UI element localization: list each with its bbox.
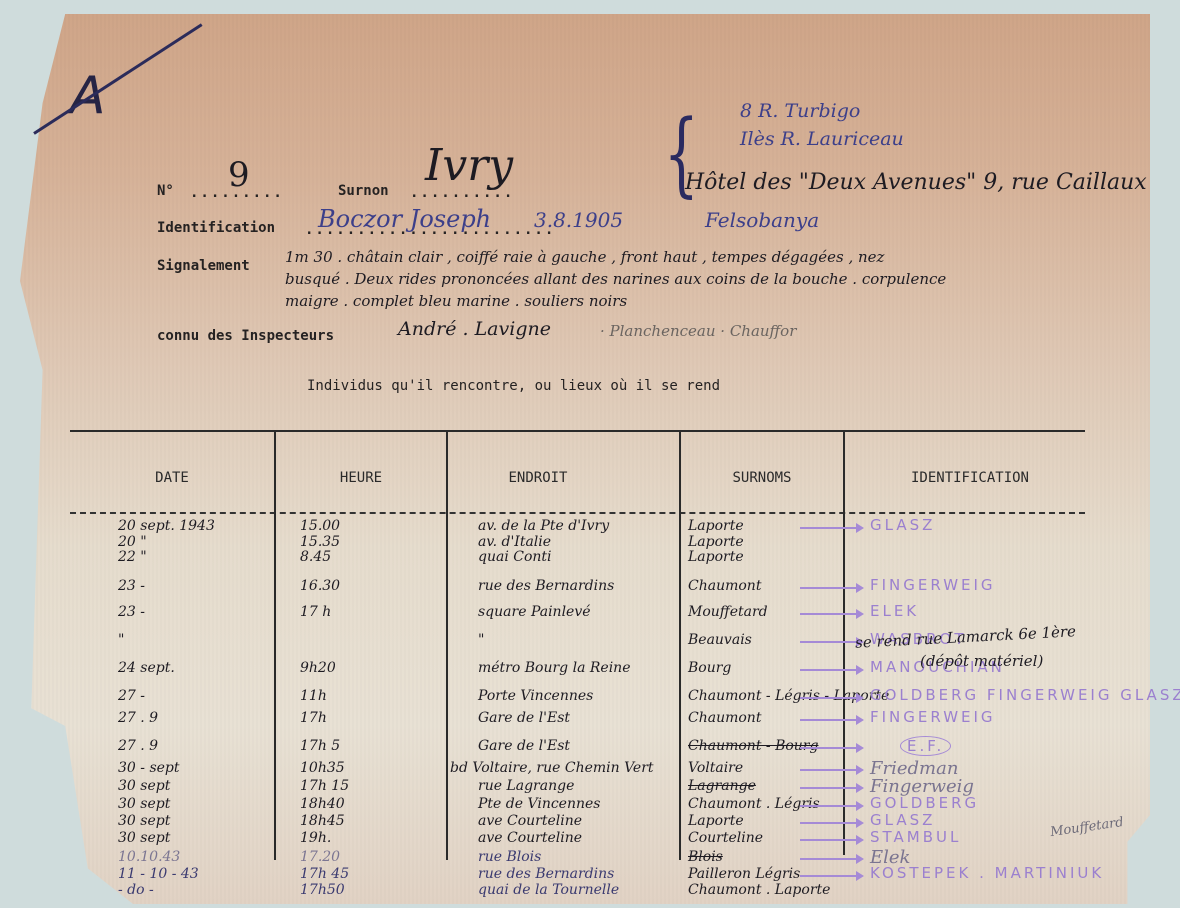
cell-heure: 8.45 [300,549,331,565]
cell-date: 22 " [118,549,147,565]
cell-endroit: ave Courteline [478,813,582,829]
cell-surnom: Pailleron Légris [688,866,800,882]
cell-identification: FINGERWEIG [870,576,996,594]
cell-date: 11 - 10 - 43 [118,866,199,882]
arrow-icon [800,697,858,699]
cell-heure: 18h45 [300,813,345,829]
cell-heure: 11h [300,688,327,704]
cell-endroit: rue des Bernardins [478,578,614,594]
cell-endroit: quai de la Tournelle [478,882,619,898]
cell-surnom: Chaumont . Laporte [688,882,830,898]
cell-heure: 17h 15 [300,778,349,794]
cell-date: - do - [118,882,154,898]
inspecteurs-label: connu des Inspecteurs [157,328,334,344]
identification-place: Felsobanya [705,208,819,232]
cell-surnom: Chaumont - Bourg [688,738,818,754]
cell-heure: 10h35 [300,760,345,776]
signalement-line-2: busqué . Deux rides prononcées allant de… [285,270,946,288]
cell-date: 23 - [118,604,145,620]
cell-surnom: Beauvais [688,632,752,648]
cell-identification: GOLDBERG FINGERWEIG GLASZ [870,686,1180,704]
section-title: Individus qu'il rencontre, ou lieux où i… [307,378,720,394]
cell-endroit: ave Courteline [478,830,582,846]
cell-heure: 15.35 [300,534,340,550]
cell-surnom: Chaumont [688,578,761,594]
cell-surnom: Chaumont [688,710,761,726]
address-line-2: Ilès R. Lauriceau [740,128,904,150]
cell-surnom: Laporte [688,518,744,534]
cell-endroit: Gare de l'Est [478,738,570,754]
column-divider [446,430,448,860]
cell-date: " [118,632,124,648]
inspecteurs-value: André . Lavigne [398,318,551,340]
cell-endroit: rue des Bernardins [478,866,614,882]
cell-heure: 18h40 [300,796,345,812]
cell-surnom: Voltaire [688,760,743,776]
cell-heure: 19h. [300,830,331,846]
cell-date: 30 - sept [118,760,180,776]
arrow-icon [800,527,858,529]
cell-date: 30 sept [118,830,170,846]
cell-heure: 16.30 [300,578,340,594]
cell-identification: GLASZ [870,516,935,534]
cell-endroit: rue Blois [478,849,541,865]
cell-date: 23 - [118,578,145,594]
column-divider [274,430,276,860]
cell-heure: 17h [300,710,327,726]
signalement-line-1: 1m 30 . châtain clair , coiffé raie à ga… [285,248,884,266]
arrow-icon [800,769,858,771]
cell-identification: GOLDBERG [870,794,979,812]
cell-surnom: Lagrange [688,778,756,794]
cell-date: 24 sept. [118,660,175,676]
column-header-identification: IDENTIFICATION [845,470,1095,486]
arrow-icon [800,747,858,749]
cell-endroit: quai Conti [478,549,552,565]
cell-endroit: square Painlevé [478,604,591,620]
cell-identification: E.F. [900,736,951,756]
column-divider [679,430,681,860]
inspecteurs-extra: · Planchenceau · Chauffor [600,322,796,340]
table-top-rule [70,430,1085,432]
cell-endroit: av. d'Italie [478,534,551,550]
arrow-icon [800,858,858,860]
signalement-label: Signalement [157,258,250,274]
arrow-icon [800,641,858,643]
cell-surnom: Laporte [688,549,744,565]
arrow-icon [800,822,858,824]
cell-date: 20 " [118,534,147,550]
arrow-icon [800,787,858,789]
cell-date: 27 . 9 [118,710,158,726]
column-header-endroit: ENDROIT [448,470,628,486]
cell-heure: 17h50 [300,882,345,898]
cell-identification: FINGERWEIG [870,708,996,726]
table-header-divider [70,512,1085,514]
arrow-icon [800,719,858,721]
cell-endroit: Porte Vincennes [478,688,593,704]
cell-surnom: Chaumont . Légris [688,796,820,812]
address-line-3: Hôtel des "Deux Avenues" 9, rue Caillaux [685,170,1147,195]
cell-surnom: Bourg [688,660,731,676]
arrow-icon [800,669,858,671]
cell-date: 27 - [118,688,145,704]
cell-surnom: Blois [688,849,723,865]
side-note: (dépôt matériel) [920,652,1043,670]
identification-name: Boczor Joseph [318,205,491,233]
identification-label: Identification [157,220,275,236]
cell-date: 20 sept. 1943 [118,518,215,534]
arrow-icon [800,839,858,841]
address-line-1: 8 R. Turbigo [740,100,860,122]
arrow-icon [800,587,858,589]
cell-surnom: Mouffetard [688,604,768,620]
surnom-label: Surnon [338,183,389,199]
cell-identification: GLASZ [870,811,935,829]
cell-date: 10.10.43 [118,849,180,865]
cell-surnom: Laporte [688,534,744,550]
arrow-icon [800,613,858,615]
identification-date: 3.8.1905 [534,208,623,232]
cell-endroit: Pte de Vincennes [478,796,600,812]
cell-date: 30 sept [118,813,170,829]
cell-endroit: métro Bourg la Reine [478,660,630,676]
cell-heure: 17h 5 [300,738,340,754]
column-header-surnoms: SURNOMS [681,470,843,486]
cell-endroit: av. de la Pte d'Ivry [478,518,609,534]
cell-surnom: Laporte [688,813,744,829]
numero-value: 9 [228,155,250,195]
surnom-value: Ivry [425,140,513,191]
cell-heure: 17.20 [300,849,340,865]
cell-surnom: Courteline [688,830,763,846]
cell-date: 30 sept [118,778,170,794]
cell-identification: ELEK [870,602,919,620]
cell-date: 27 . 9 [118,738,158,754]
cell-endroit: bd Voltaire, rue Chemin Vert [450,760,654,776]
cell-heure: 15.00 [300,518,340,534]
cell-identification: KOSTEPEK . MARTINIUK [870,864,1104,882]
cell-endroit: Gare de l'Est [478,710,570,726]
cell-heure: 17 h [300,604,331,620]
cell-identification: STAMBUL [870,828,961,846]
signalement-line-3: maigre . complet bleu marine . souliers … [285,292,627,310]
cell-endroit: " [478,632,484,648]
arrow-icon [800,805,858,807]
arrow-icon [800,875,858,877]
column-header-date: DATE [70,470,274,486]
cell-heure: 9h20 [300,660,336,676]
cell-heure: 17h 45 [300,866,349,882]
numero-label: N° [157,183,174,199]
column-header-heure: HEURE [276,470,446,486]
cell-endroit: rue Lagrange [478,778,574,794]
cell-date: 30 sept [118,796,170,812]
